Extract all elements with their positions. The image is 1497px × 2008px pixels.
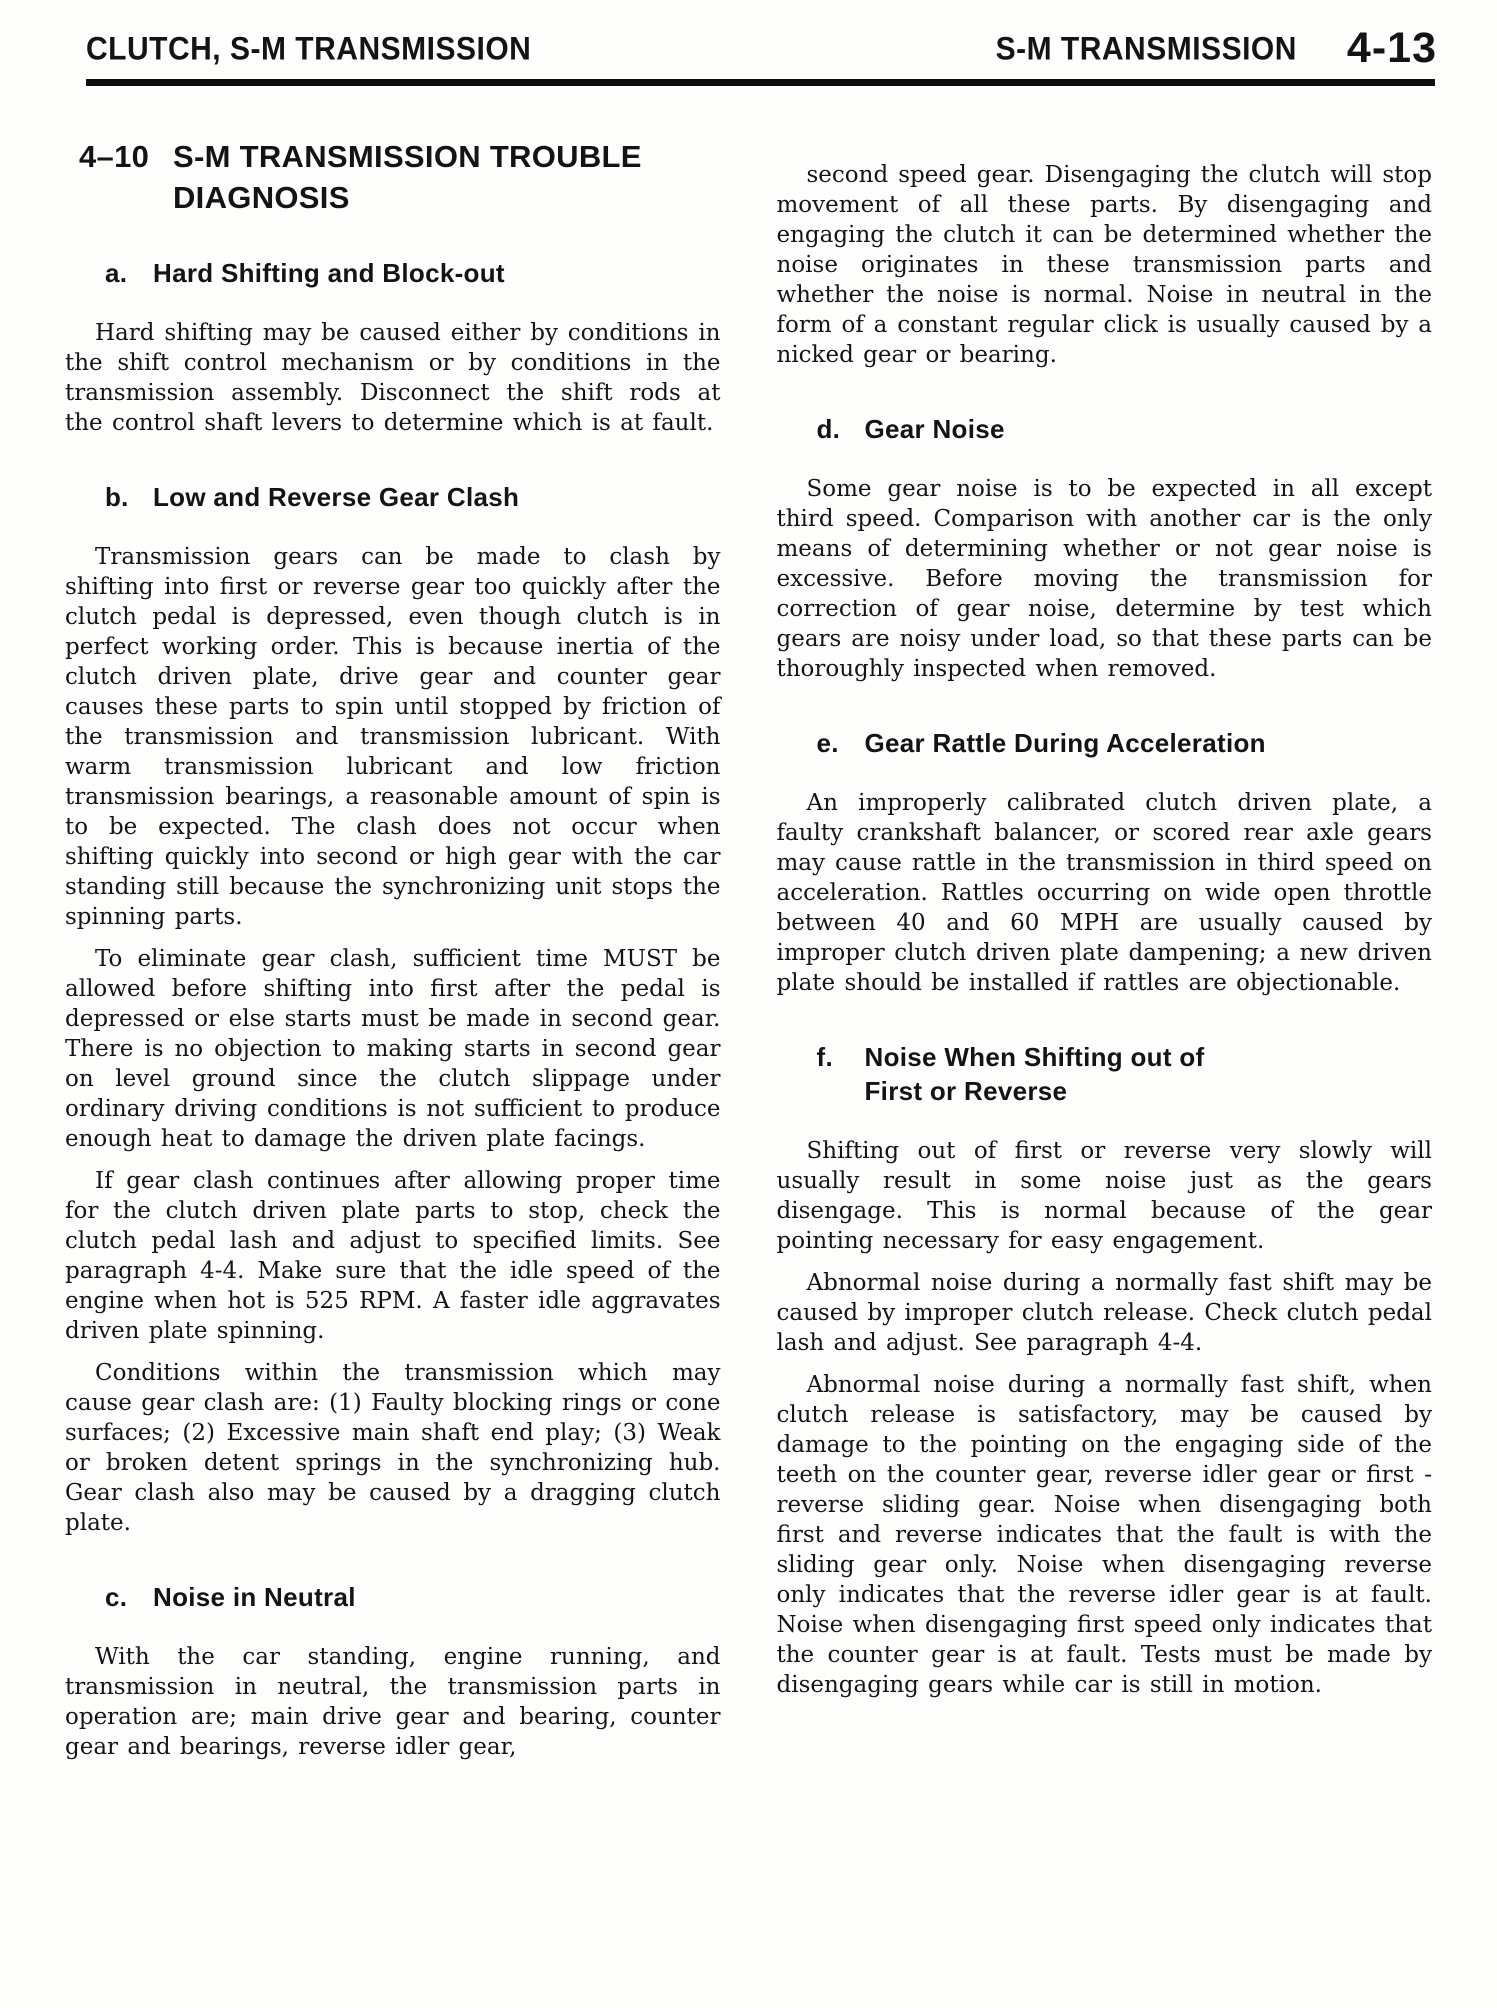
- subsection-heading-f: f. Noise When Shifting out of First or R…: [817, 1040, 1433, 1108]
- header-rule: [86, 79, 1435, 86]
- subsection-label-a: a.: [105, 256, 153, 290]
- paragraph-f3: Abnormal noise during a normally fast sh…: [777, 1370, 1433, 1700]
- manual-page: CLUTCH, S-M TRANSMISSION S-M TRANSMISSIO…: [0, 0, 1497, 2008]
- subsection-title-f-line1: Noise When Shifting out of: [865, 1040, 1205, 1074]
- subsection-label-f: f.: [817, 1040, 865, 1108]
- subsection-title-f-line2: First or Reverse: [865, 1074, 1205, 1108]
- subsection-title-c: Noise in Neutral: [153, 1580, 356, 1614]
- paragraph-c1: With the car standing, engine running, a…: [65, 1642, 721, 1762]
- subsection-heading-c: c. Noise in Neutral: [105, 1580, 721, 1614]
- section-title: S-M TRANSMISSION TROUBLE DIAGNOSIS: [173, 136, 642, 218]
- paragraph-a1: Hard shifting may be caused either by co…: [65, 318, 721, 438]
- paragraph-b2: To eliminate gear clash, sufficient time…: [65, 944, 721, 1154]
- subsection-heading-a: a. Hard Shifting and Block-out: [105, 256, 721, 290]
- paragraph-f2: Abnormal noise during a normally fast sh…: [777, 1268, 1433, 1358]
- page-header: CLUTCH, S-M TRANSMISSION S-M TRANSMISSIO…: [0, 0, 1497, 67]
- paragraph-c1-continuation: second speed gear. Disengaging the clutc…: [777, 160, 1433, 370]
- paragraph-b1: Transmission gears can be made to clash …: [65, 542, 721, 932]
- subsection-heading-e: e. Gear Rattle During Acceleration: [817, 726, 1433, 760]
- paragraph-d1: Some gear noise is to be expected in all…: [777, 474, 1433, 684]
- subsection-heading-d: d. Gear Noise: [817, 412, 1433, 446]
- header-left-title: CLUTCH, S-M TRANSMISSION: [86, 31, 531, 68]
- section-title-line2: DIAGNOSIS: [173, 177, 642, 218]
- header-right-title: S-M TRANSMISSION: [996, 31, 1297, 68]
- paragraph-e1: An improperly calibrated clutch driven p…: [777, 788, 1433, 998]
- page-number: 4-13: [1347, 30, 1437, 67]
- section-heading: 4–10 S-M TRANSMISSION TROUBLE DIAGNOSIS: [79, 136, 721, 218]
- subsection-title-d: Gear Noise: [865, 412, 1005, 446]
- subsection-heading-b: b. Low and Reverse Gear Clash: [105, 480, 721, 514]
- subsection-label-d: d.: [817, 412, 865, 446]
- paragraph-b4: Conditions within the transmission which…: [65, 1358, 721, 1538]
- left-column: 4–10 S-M TRANSMISSION TROUBLE DIAGNOSIS …: [65, 86, 721, 1774]
- section-number: 4–10: [79, 136, 173, 218]
- subsection-title-f: Noise When Shifting out of First or Reve…: [865, 1040, 1205, 1108]
- header-right-group: S-M TRANSMISSION 4-13: [996, 30, 1437, 67]
- subsection-label-e: e.: [817, 726, 865, 760]
- subsection-title-a: Hard Shifting and Block-out: [153, 256, 505, 290]
- subsection-label-c: c.: [105, 1580, 153, 1614]
- paragraph-b3: If gear clash continues after allowing p…: [65, 1166, 721, 1346]
- section-title-line1: S-M TRANSMISSION TROUBLE: [173, 136, 642, 177]
- right-column: second speed gear. Disengaging the clutc…: [777, 86, 1433, 1774]
- subsection-title-b: Low and Reverse Gear Clash: [153, 480, 519, 514]
- subsection-label-b: b.: [105, 480, 153, 514]
- subsection-title-e: Gear Rattle During Acceleration: [865, 726, 1266, 760]
- content-columns: 4–10 S-M TRANSMISSION TROUBLE DIAGNOSIS …: [0, 86, 1497, 1774]
- paragraph-f1: Shifting out of first or reverse very sl…: [777, 1136, 1433, 1256]
